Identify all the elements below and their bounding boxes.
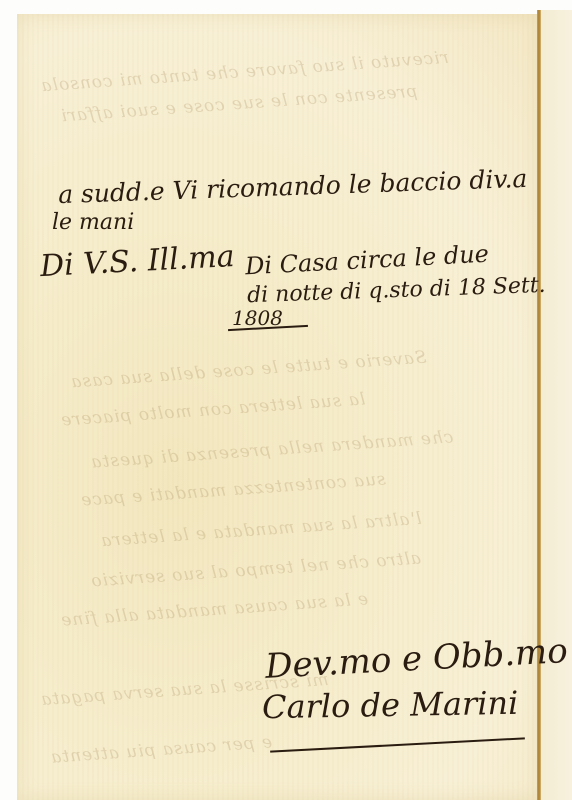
adjacent-page-edge xyxy=(540,10,572,800)
closing-line-2: le mani xyxy=(52,210,134,235)
signature-name: Carlo de Marini xyxy=(262,684,519,726)
page-fold xyxy=(537,10,541,800)
